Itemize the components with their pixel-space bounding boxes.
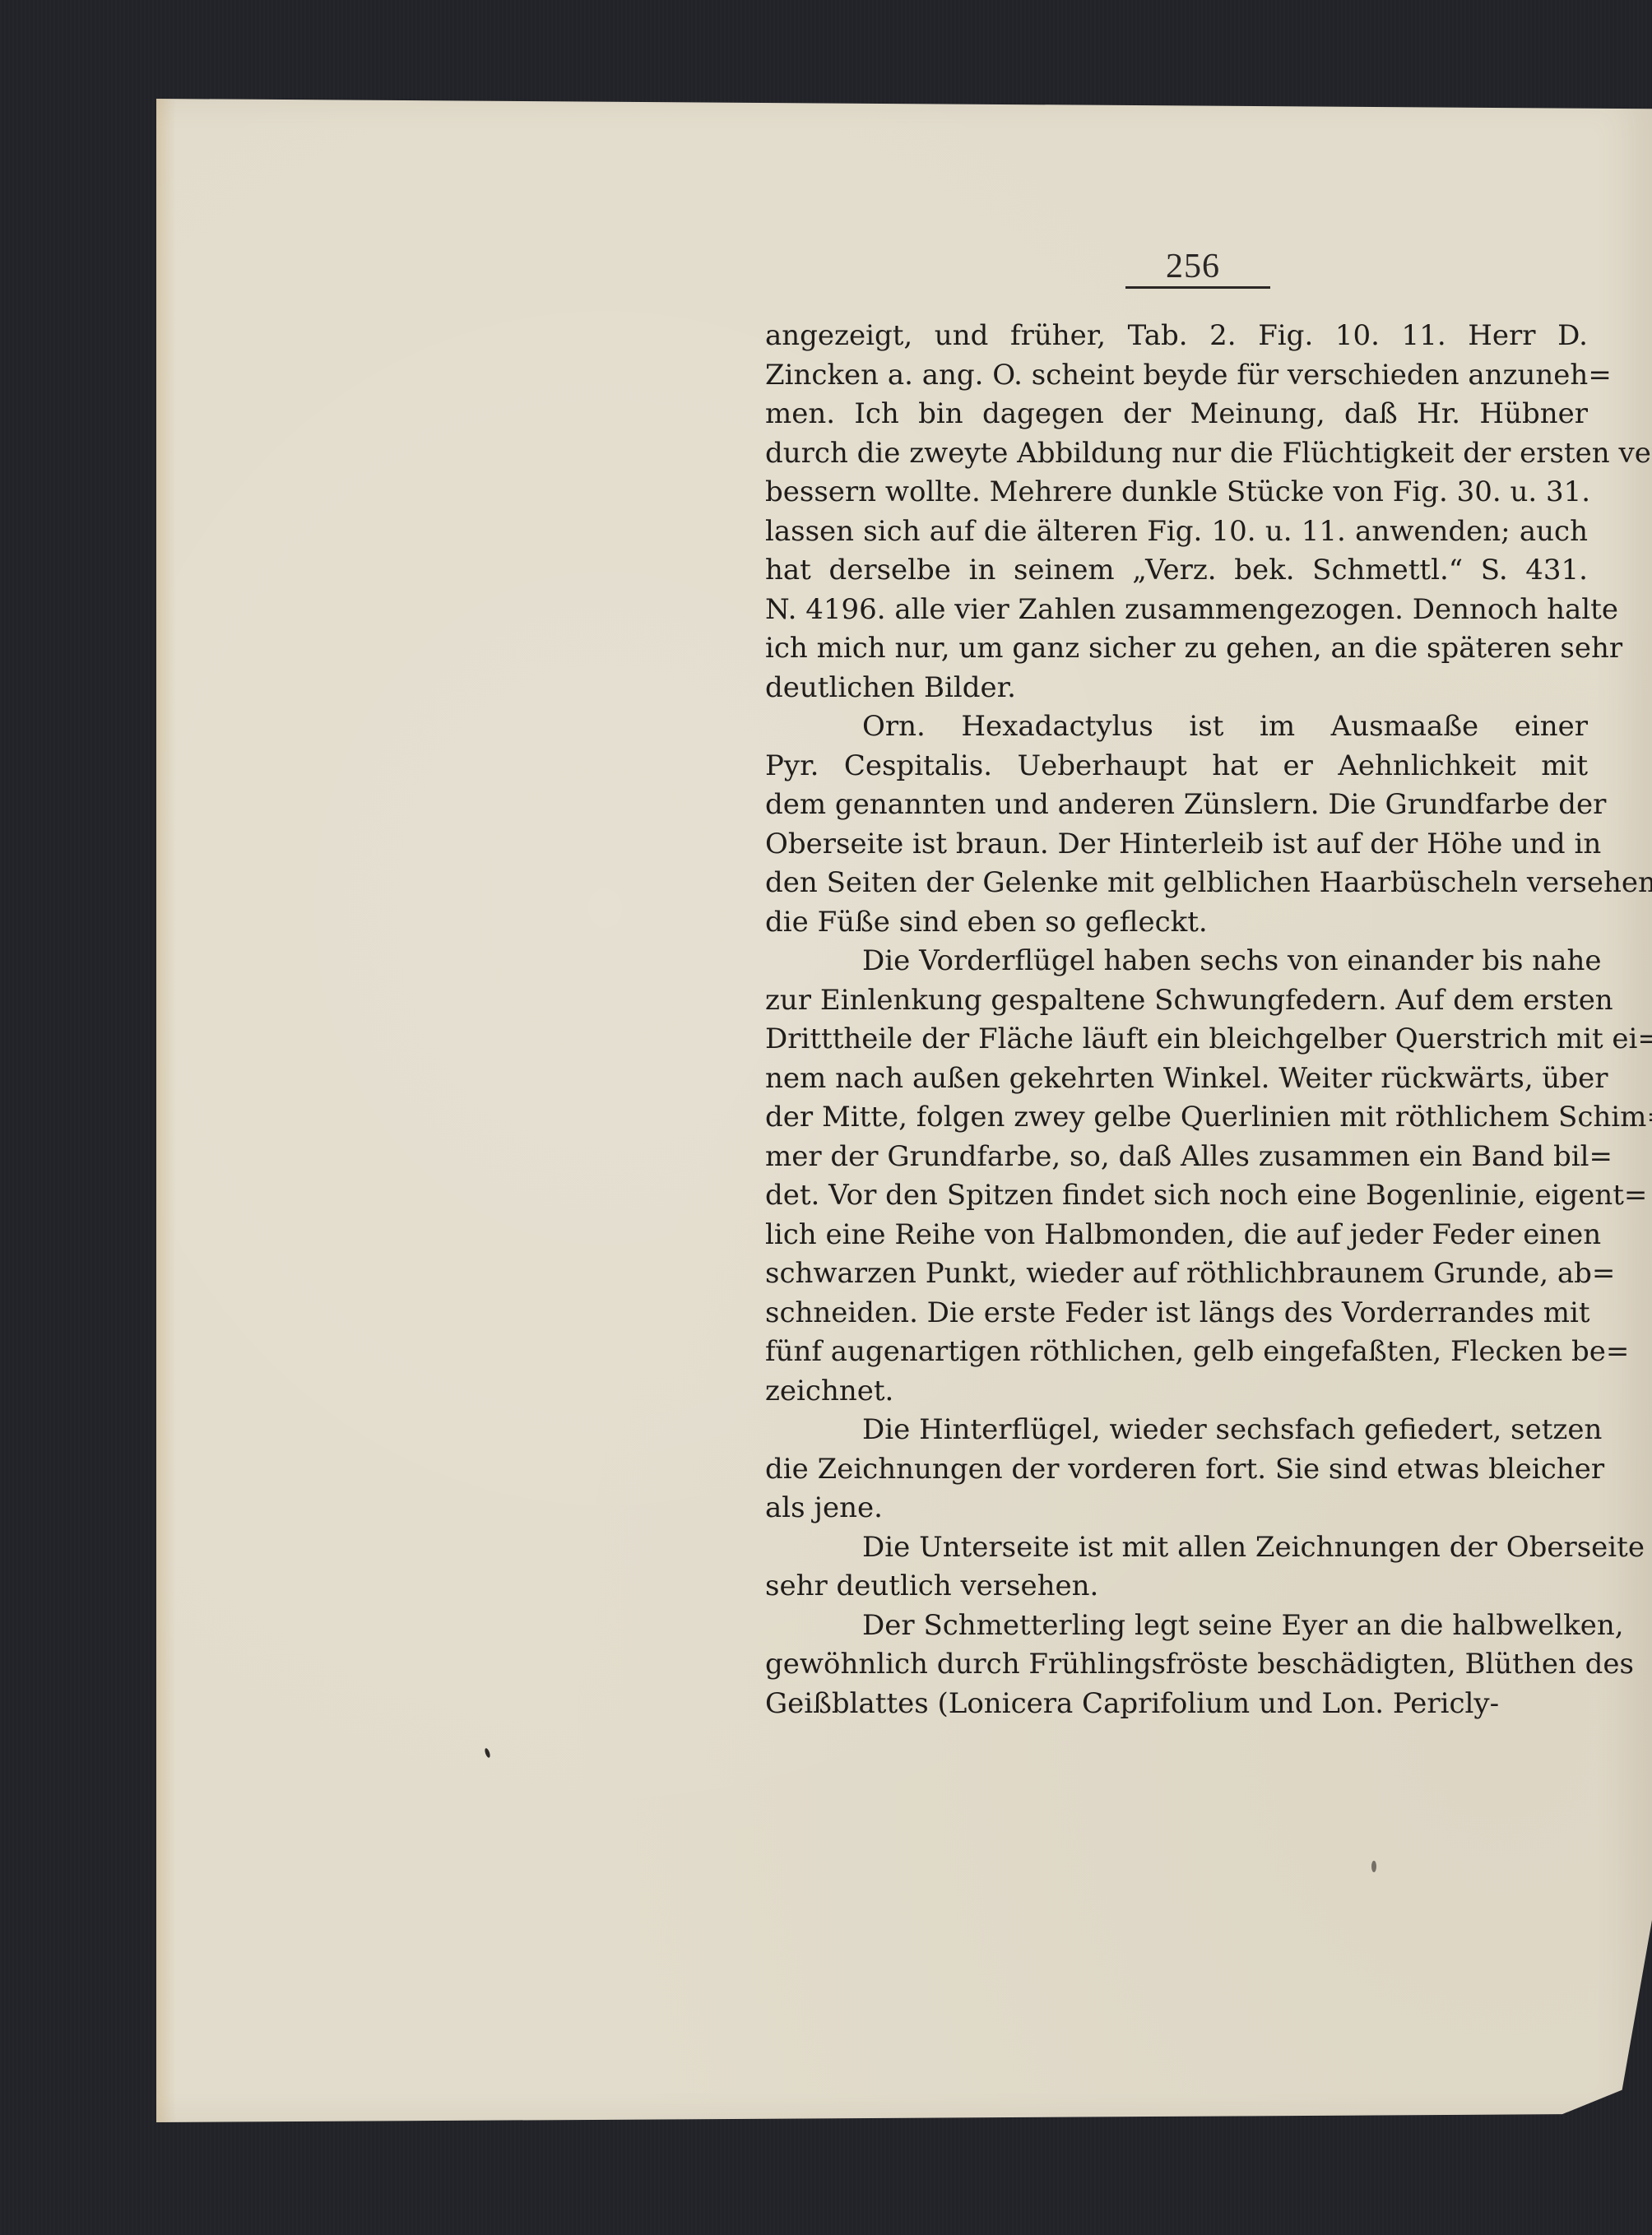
- text-line: schneiden. Die erste Feder ist längs des…: [765, 1294, 1588, 1333]
- text-line: men. Ich bin dagegen der Meinung, daß Hr…: [765, 395, 1588, 434]
- paragraph-start: Die Unterseite ist mit allen Zeichnungen…: [765, 1528, 1588, 1568]
- text-line: den Seiten der Gelenke mit gelblichen Ha…: [765, 864, 1588, 903]
- text-line: Zincken a. ang. O. scheint beyde für ver…: [765, 356, 1588, 396]
- text-line: die Füße sind eben so gefleckt.: [765, 903, 1588, 943]
- text-line: Dritttheile der Fläche läuft ein bleichg…: [765, 1020, 1588, 1060]
- text-line: hat derselbe in seinem „Verz. bek. Schme…: [765, 551, 1588, 591]
- text-line: ich mich nur, um ganz sicher zu gehen, a…: [765, 629, 1588, 669]
- text-line: durch die zweyte Abbildung nur die Flüch…: [765, 434, 1588, 474]
- text-line: nem nach außen gekehrten Winkel. Weiter …: [765, 1060, 1588, 1099]
- text-line: gewöhnlich durch Frühlingsfröste beschäd…: [765, 1645, 1588, 1685]
- paragraph-start: Die Vorderflügel haben sechs von einande…: [765, 942, 1588, 981]
- text-line: det. Vor den Spitzen findet sich noch ei…: [765, 1176, 1588, 1216]
- text-line: deutlichen Bilder.: [765, 669, 1588, 708]
- text-line: als jene.: [765, 1489, 1588, 1528]
- text-line: fünf augenartigen röthlichen, gelb einge…: [765, 1333, 1588, 1372]
- text-line: Pyr. Cespitalis. Ueberhaupt hat er Aehnl…: [765, 747, 1588, 786]
- text-line: N. 4196. alle vier Zahlen zusammengezoge…: [765, 591, 1588, 630]
- page-number-rule: [1125, 286, 1270, 289]
- body-text: angezeigt, und früher, Tab. 2. Fig. 10. …: [765, 317, 1588, 1723]
- text-line: angezeigt, und früher, Tab. 2. Fig. 10. …: [765, 317, 1588, 356]
- paragraph-start: Die Hinterflügel, wieder sechsfach gefie…: [765, 1411, 1588, 1450]
- text-line: die Zeichnungen der vorderen fort. Sie s…: [765, 1450, 1588, 1490]
- ink-speck: [1371, 1861, 1376, 1872]
- text-line: mer der Grundfarbe, so, daß Alles zusamm…: [765, 1138, 1588, 1177]
- text-line: zeichnet.: [765, 1372, 1588, 1412]
- page-number: 256: [1166, 247, 1220, 286]
- text-line: zur Einlenkung gespaltene Schwungfedern.…: [765, 981, 1588, 1021]
- text-line: lich eine Reihe von Halbmonden, die auf …: [765, 1216, 1588, 1255]
- text-line: schwarzen Punkt, wieder auf röthlichbrau…: [765, 1254, 1588, 1294]
- text-line: lassen sich auf die älteren Fig. 10. u. …: [765, 512, 1588, 552]
- text-line: Geißblattes (Lonicera Caprifolium und Lo…: [765, 1685, 1588, 1724]
- text-line: dem genannten und anderen Zünslern. Die …: [765, 786, 1588, 825]
- paragraph-start: Orn. Hexadactylus ist im Ausmaaße einer: [765, 707, 1588, 747]
- text-line: der Mitte, folgen zwey gelbe Querlinien …: [765, 1098, 1588, 1138]
- paragraph-start: Der Schmetterling legt seine Eyer an die…: [765, 1607, 1588, 1646]
- text-line: bessern wollte. Mehrere dunkle Stücke vo…: [765, 473, 1588, 512]
- text-line: Oberseite ist braun. Der Hinterleib ist …: [765, 825, 1588, 865]
- text-line: sehr deutlich versehen.: [765, 1567, 1588, 1607]
